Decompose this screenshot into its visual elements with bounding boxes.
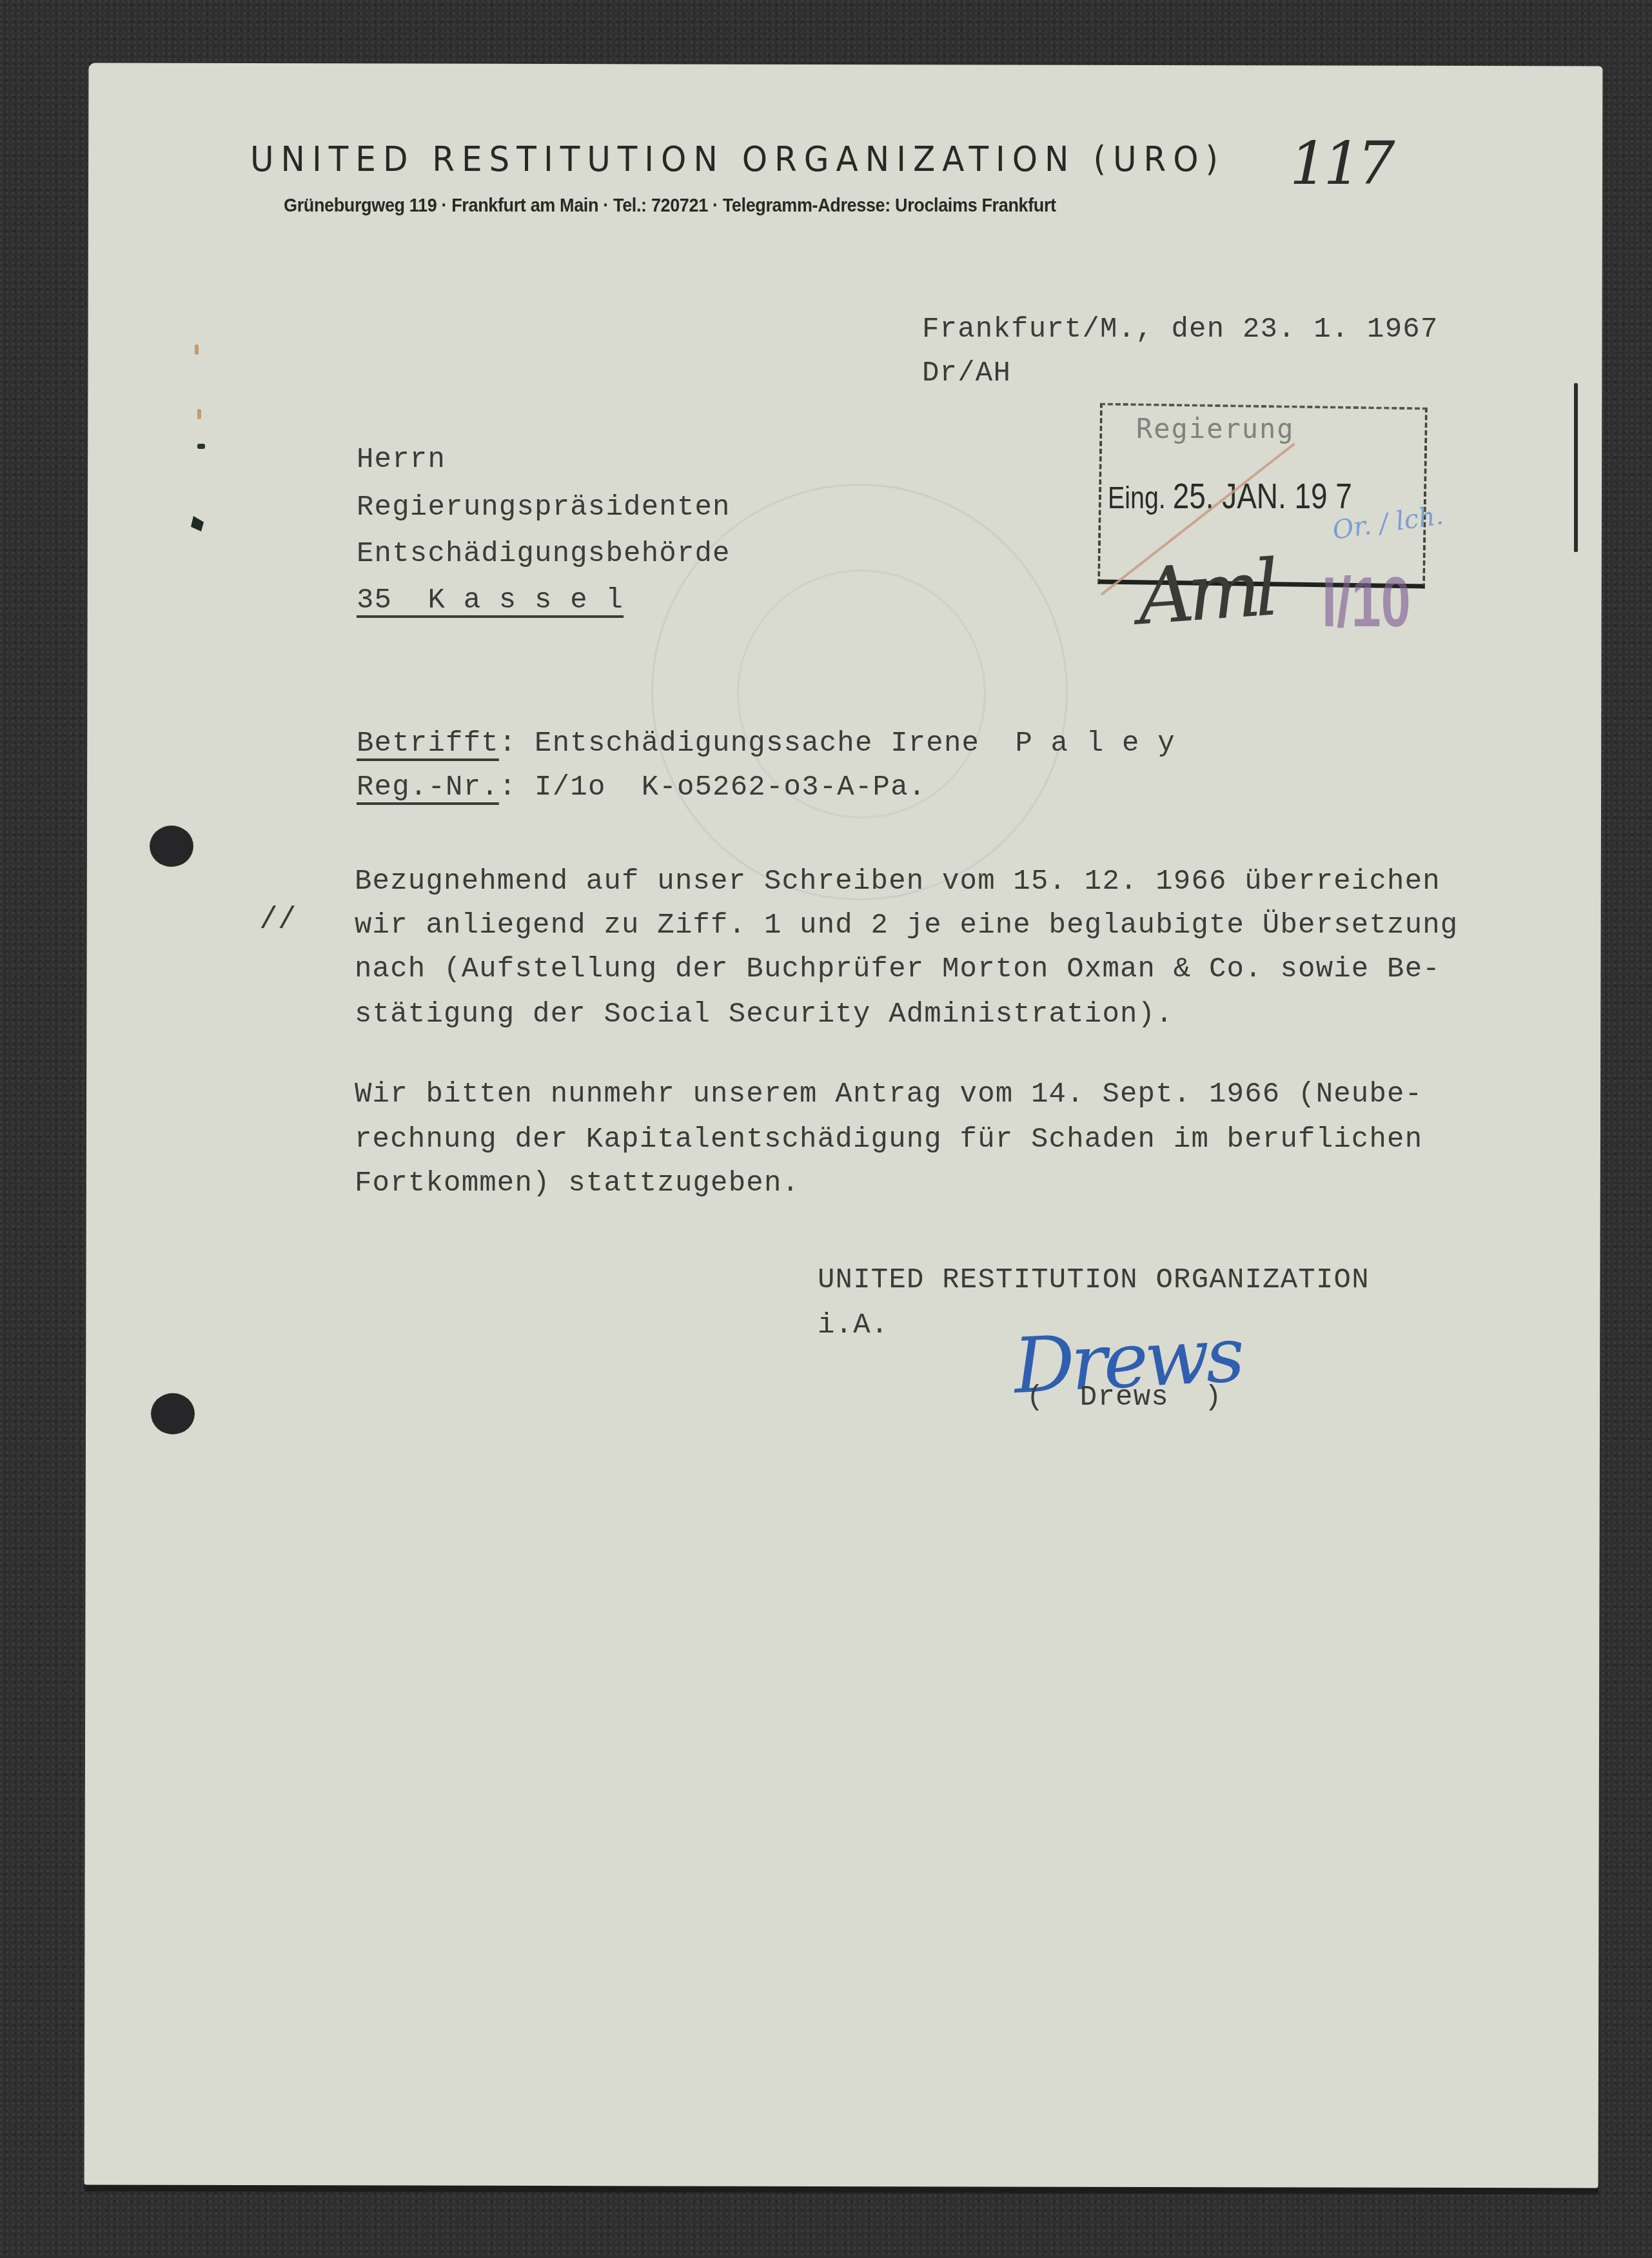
punch-hole-bottom [152, 1394, 194, 1434]
purple-file-stamp: I/10 [1322, 561, 1411, 643]
letterhead-organization: UNITED RESTITUTION ORGANIZATION (URO) [250, 140, 1225, 179]
place-date: Frankfurt/M., den 23. 1. 1967 [922, 313, 1439, 346]
body-paragraph2-line1: Wir bitten nunmehr unserem Antrag vom 14… [355, 1078, 1422, 1111]
typed-signatory-name: ( Drews ) [1027, 1382, 1223, 1414]
regnr-colon: : [499, 771, 535, 804]
registration-line: Reg.-Nr.: I/1o K-o5262-o3-A-Pa. [357, 771, 926, 804]
betrifft-name: P a l e y [1015, 728, 1175, 760]
betrifft-label: Betrifft [357, 728, 499, 760]
regnr-value: I/1o K-o5262-o3-A-Pa. [535, 771, 926, 804]
closing-ia: i.A. [818, 1309, 889, 1342]
recipient-city: 35 K a s s e l [357, 584, 624, 617]
body-paragraph2-line3: Fortkommen) stattzugeben. [355, 1167, 800, 1200]
recipient-salutation: Herrn [357, 444, 446, 476]
receipt-stamp-date-value: 25. JAN. 19 7 [1173, 475, 1352, 516]
rust-mark [197, 409, 201, 419]
betrifft-value: Entschädigungssache Irene [535, 728, 979, 760]
body-paragraph2-line2: rechnung der Kapitalentschädigung für Sc… [355, 1124, 1422, 1156]
handwritten-page-number: 117 [1290, 129, 1391, 198]
betrifft-spacer [979, 728, 1015, 760]
closing-organization: UNITED RESTITUTION ORGANIZATION [818, 1264, 1370, 1296]
right-margin-bar [1574, 383, 1578, 552]
receipt-stamp-header: Regierung [1136, 413, 1295, 444]
staple-remnant [197, 444, 205, 449]
rust-mark [195, 344, 199, 355]
punch-hole-top [150, 826, 193, 866]
body-paragraph1-line3: nach (Aufstellung der Buchprüfer Morton … [355, 953, 1441, 985]
body-paragraph1-line1: Bezugnehmend auf unser Schreiben vom 15.… [355, 866, 1441, 898]
black-handwritten-signature: Aml [1135, 544, 1275, 642]
receipt-stamp-label: Eing. [1108, 481, 1166, 515]
body-paragraph1-line2: wir anliegend zu Ziff. 1 und 2 je eine b… [355, 909, 1458, 942]
subject-line: Betrifft: Entschädigungssache Irene P a … [357, 728, 1175, 760]
reference-initials: Dr/AH [922, 357, 1011, 390]
regnr-label: Reg.-Nr. [357, 771, 499, 804]
recipient-line2: Entschädigungsbehörde [357, 538, 731, 570]
recipient-line1: Regierungspräsidenten [357, 491, 731, 524]
letterhead-address: Grüneburgweg 119 · Frankfurt am Main · T… [284, 195, 1056, 217]
margin-mark: // [259, 903, 297, 938]
body-paragraph1-line4: stätigung der Social Security Administra… [355, 998, 1174, 1031]
betrifft-colon: : [499, 728, 535, 760]
